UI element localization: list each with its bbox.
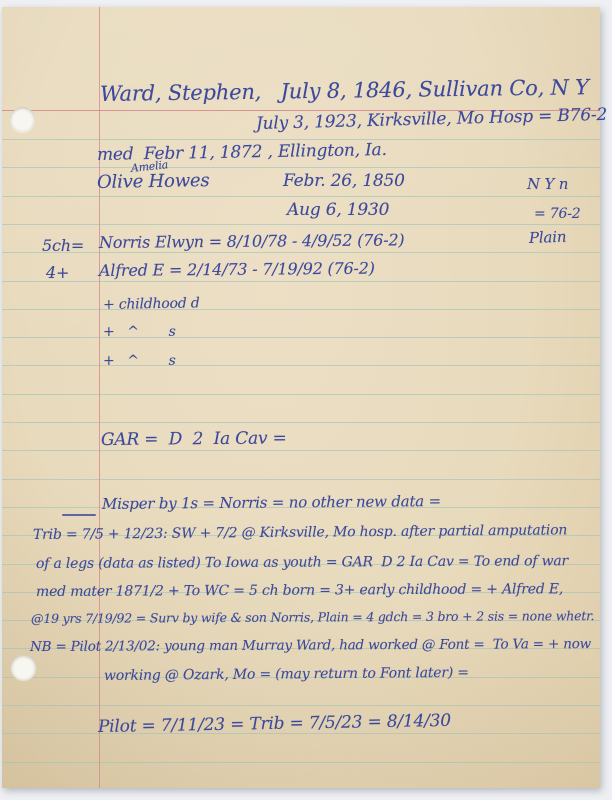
handwritten-line: Norris Elwyn = 8/10/78 - 4/9/52 (76-2) <box>99 231 405 252</box>
handwritten-line: 4+ <box>46 264 69 282</box>
handwritten-line: of a legs (data as listed) To Iowa as yo… <box>36 553 568 572</box>
ink-underline <box>62 514 96 516</box>
handwritten-line: GAR = D 2 Ia Cav = <box>101 429 287 450</box>
handwritten-line: + ^ s <box>103 353 176 369</box>
handwritten-line: Alfred E = 2/14/73 - 7/19/92 (76-2) <box>99 260 375 281</box>
handwritten-line: @19 yrs 7/19/92 = Surv by wife & son Nor… <box>31 609 594 626</box>
handwritten-line: Aug 6, 1930 <box>287 201 389 221</box>
handwritten-line: 5ch= <box>42 237 84 255</box>
handwritten-line: Pilot = 7/11/23 = Trib = 7/5/23 = 8/14/3… <box>98 712 451 738</box>
handwritten-line: Trib = 7/5 + 12/23: SW + 7/2 @ Kirksvill… <box>33 522 567 543</box>
handwritten-line: Plain <box>529 229 567 248</box>
handwritten-line: med mater 1871/2 + To WC = 5 ch born = 3… <box>36 581 563 600</box>
handwritten-line: NB = Pilot 2/13/02: young man Murray War… <box>30 637 591 655</box>
handwritten-line: = 76-2 <box>534 206 580 222</box>
handwritten-line: Misper by 1s = Norris = no other new dat… <box>102 493 441 513</box>
handwritten-line: + ^ s <box>103 324 176 340</box>
scanned-document: { "document": { "kind": "handwritten gen… <box>0 0 612 800</box>
handwritten-line: Febr. 26, 1850 <box>283 172 405 192</box>
handwritten-line: + childhood d <box>103 295 200 313</box>
handwritten-line: July 3, 1923, Kirksville, Mo Hosp = B76-… <box>256 106 608 135</box>
handwritten-line: N Y n <box>527 176 568 193</box>
handwritten-line: working @ Ozark, Mo = (may return to Fon… <box>104 665 469 684</box>
handwriting-layer: Ward, Stephen, July 8, 1846, Sullivan Co… <box>0 0 612 800</box>
handwritten-line: Ward, Stephen, July 8, 1846, Sullivan Co… <box>100 75 589 106</box>
handwritten-line: Olive Howes <box>97 171 210 194</box>
